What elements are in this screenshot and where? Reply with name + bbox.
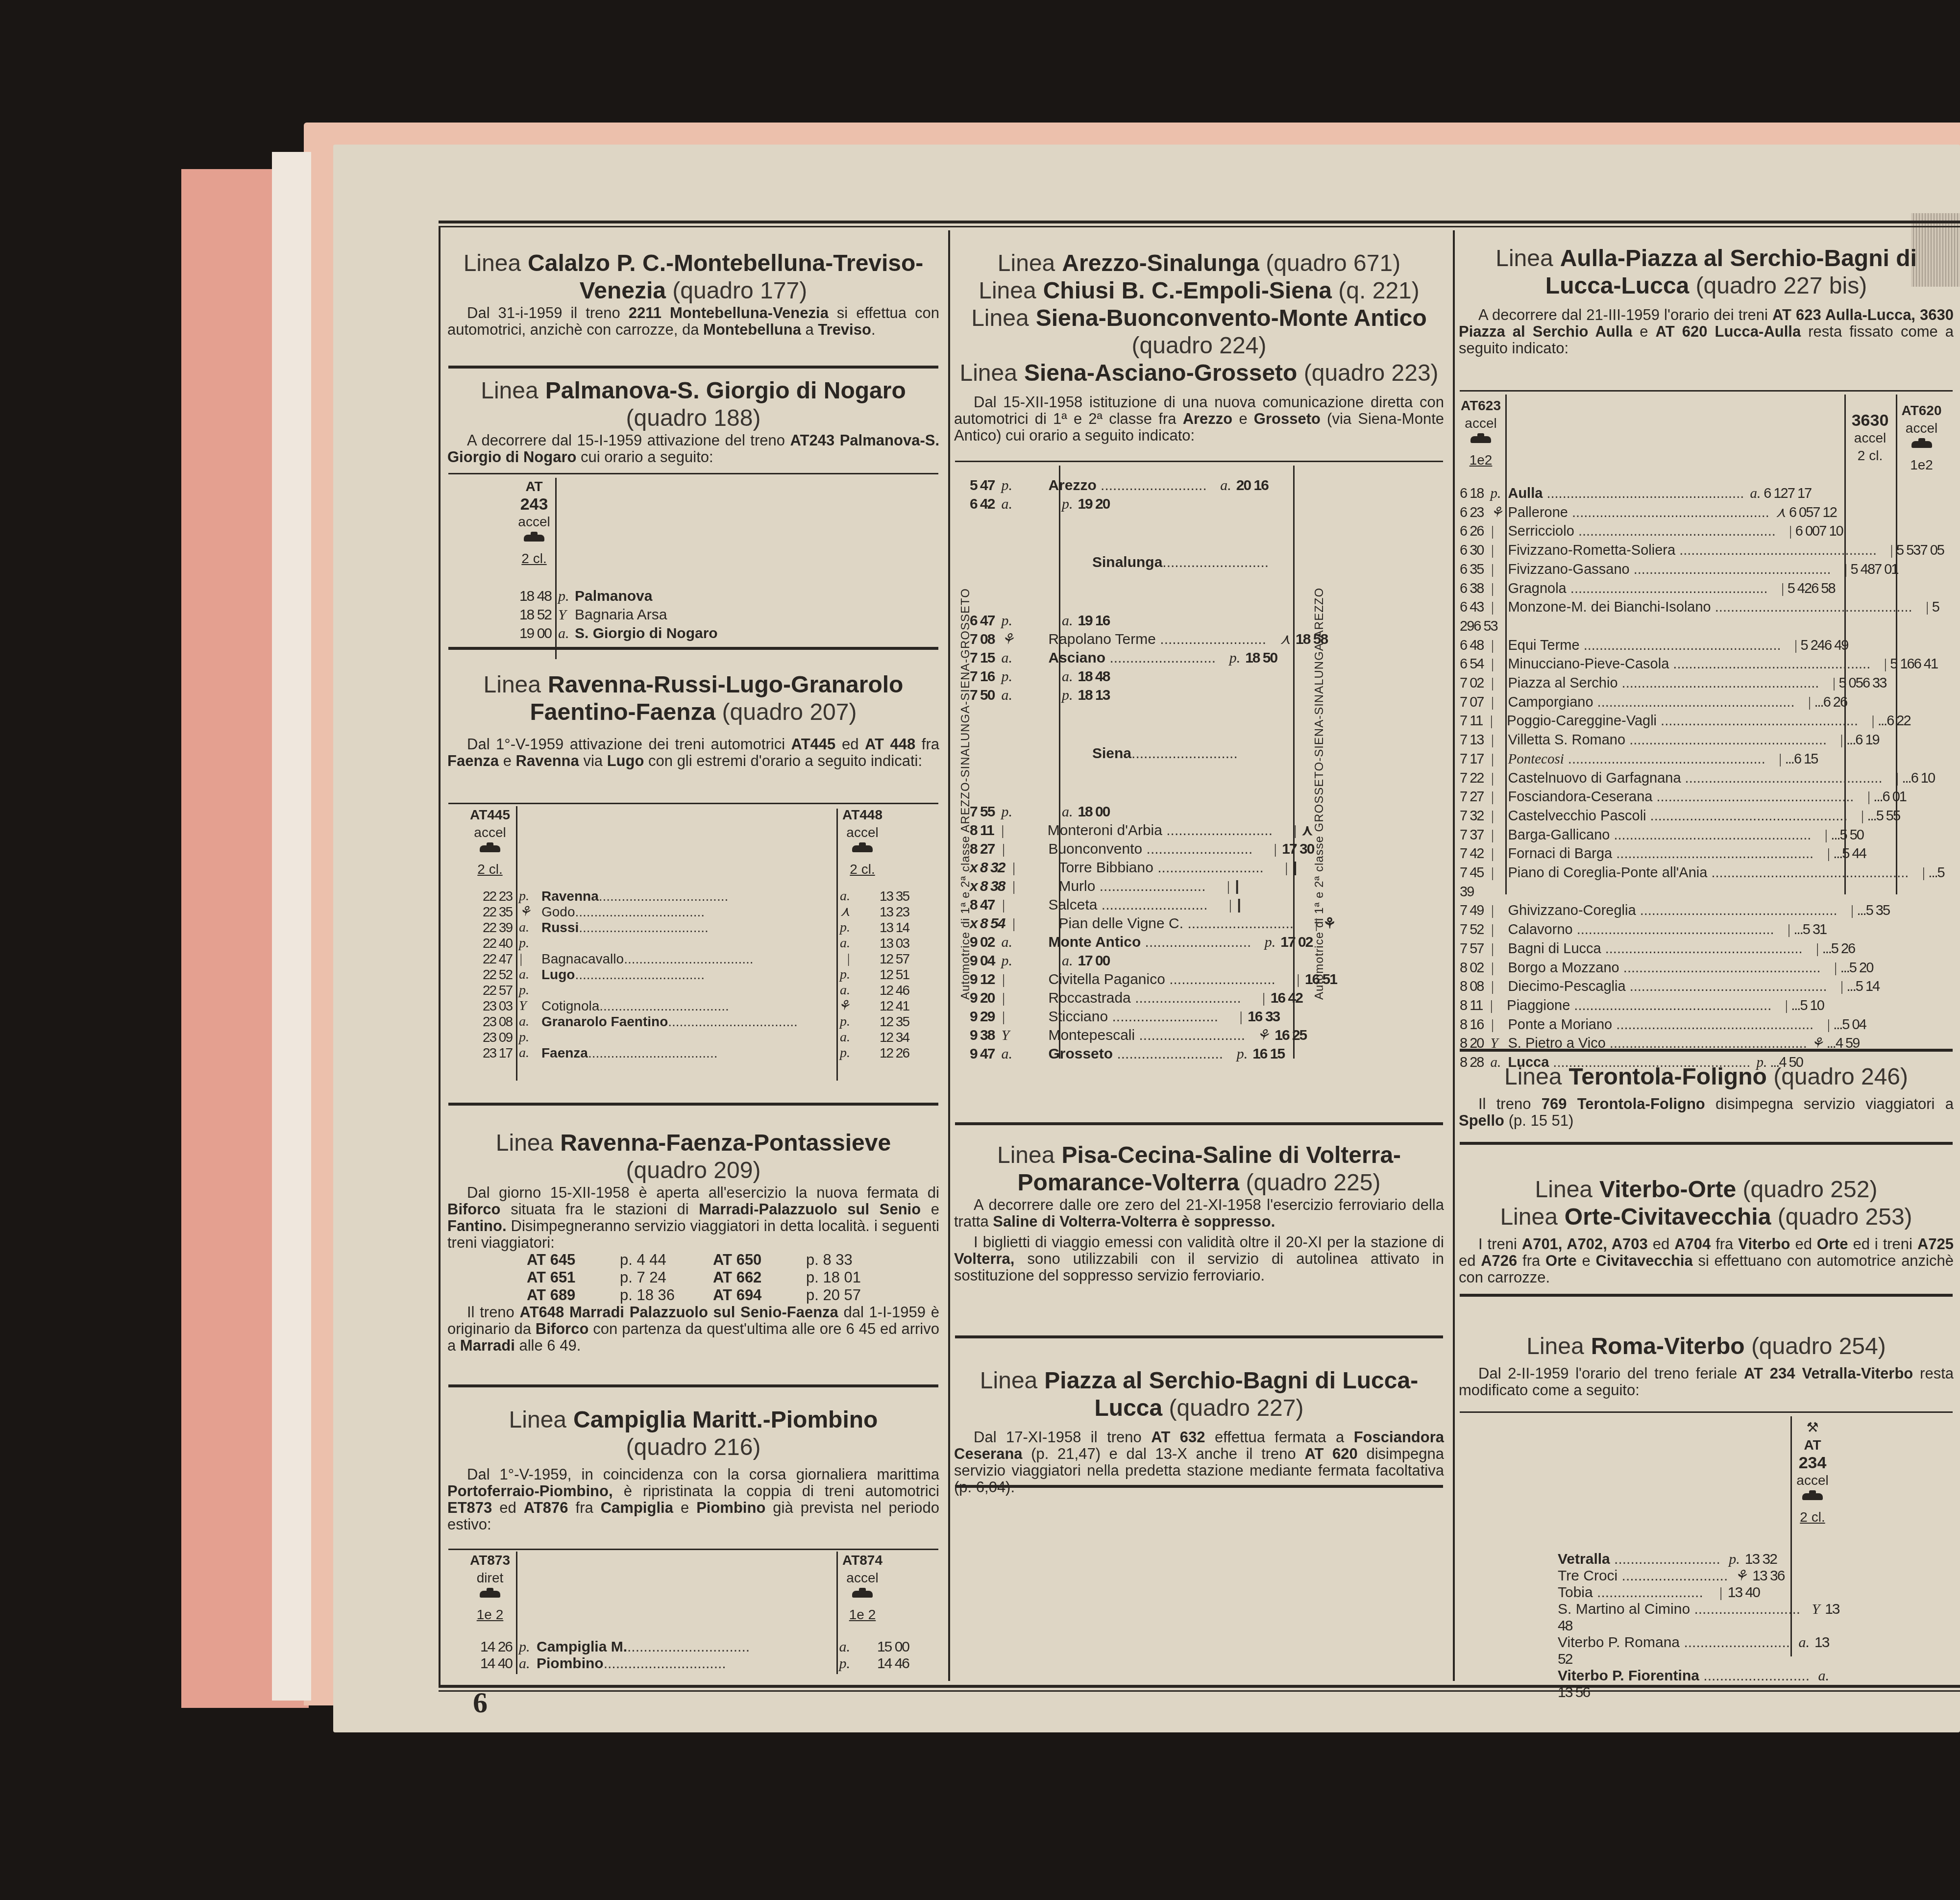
- table-row: 7 02|Piazza al Serchio .................…: [1460, 674, 1950, 693]
- section-title: LineaRoma-Viterbo (quadro 254): [1455, 1333, 1958, 1360]
- rows: 6 18p.Aulla ............................…: [1460, 484, 1950, 1072]
- line-name: Chiusi B. C.-Empoli-Siena: [1043, 278, 1332, 304]
- table-row: Viterbo P. Fiorentina ..................…: [1558, 1668, 1842, 1701]
- table-row: Tre Croci ..........................⚘13 …: [1558, 1568, 1842, 1584]
- table-row: 6 42a.p.19 20: [970, 495, 1421, 514]
- section-titles: LineaArezzo-Sinalunga (quadro 671)LineaC…: [950, 250, 1448, 387]
- line-name: Campiglia Maritt.-Piombino: [573, 1407, 878, 1433]
- table-row: 22 57p.a.12 46: [468, 983, 909, 998]
- quadro: (quadro 225): [1246, 1170, 1381, 1196]
- table-row: 9 20|Roccastrada .......................…: [970, 989, 1421, 1008]
- train-header-mid: 3630 accel 2 cl.: [1847, 412, 1893, 465]
- table-row: 22 35⚘Godo .............................…: [468, 904, 909, 920]
- table-row: 7 22|Castelnuovo di Garfagnana .........…: [1460, 769, 1950, 788]
- table-row: 8 27|Buonconvento ......................…: [970, 840, 1421, 859]
- table-row: 8 16|Ponte a Moriano ...................…: [1460, 1015, 1950, 1035]
- table-row: 6 43|Monzone-M. dei Bianchi-Isolano ....…: [1460, 598, 1950, 636]
- railcar-icon: [524, 535, 544, 542]
- rows: Vetralla ..........................p.13 …: [1558, 1551, 1842, 1701]
- table-row: 9 38YMontepescali ......................…: [970, 1026, 1421, 1045]
- table-row: 7 32|Castelvecchio Pascoli .............…: [1460, 807, 1950, 826]
- section-divider: [955, 1335, 1443, 1338]
- line-name: Siena-Asciano-Grosseto: [1024, 360, 1297, 386]
- table-row: 8 11|Piaggione .........................…: [1460, 996, 1950, 1015]
- table-row: 6 47p.a.19 16: [970, 612, 1421, 630]
- table-row: 9 47a.Grosseto .........................…: [970, 1045, 1421, 1063]
- line-name: Orte-Civitavecchia: [1565, 1204, 1771, 1230]
- train-header-left: AT445 accel 2 cl.: [468, 806, 512, 878]
- table-row: 6 35|Fivizzano-Gassano .................…: [1460, 560, 1950, 579]
- table-row: 6 26|Serricciolo .......................…: [1460, 522, 1950, 541]
- section-divider: [1460, 1142, 1953, 1145]
- quadro: (quadro 209): [626, 1158, 761, 1184]
- table-row: 23 03YCotignola ........................…: [468, 998, 909, 1014]
- quadro: (quadro 207): [722, 699, 857, 725]
- section-palmanova: LineaPalmanova-S. Giorgio di Nogaro(quad…: [443, 377, 943, 466]
- column-middle: LineaArezzo-Sinalunga (quadro 671)LineaC…: [948, 230, 1448, 1681]
- table-row: 7 11|Poggio-Careggine-Vagli ............…: [1460, 712, 1950, 731]
- table-row: 22 23p.Ravenna .........................…: [468, 888, 909, 904]
- table-divider: [555, 478, 557, 659]
- column-left: LineaCalalzo P. C.-Montebelluna-Treviso-…: [443, 230, 943, 1681]
- section-text-2: I biglietti di viaggio emessi con validi…: [950, 1234, 1448, 1284]
- section-text: Dal 1°-V-1959, in coincidenza con la cor…: [443, 1466, 943, 1533]
- table-row: 8 47|Salceta ..........................|…: [970, 896, 1421, 914]
- table-row: 23 17a.Faenza ..........................…: [468, 1045, 909, 1061]
- section-divider: [955, 1485, 1443, 1488]
- rows: 5 47p.Arezzo ..........................a…: [970, 476, 1421, 1063]
- table-row: 7 37|Barga-Gallicano ...................…: [1460, 826, 1950, 845]
- quadro: (quadro 227 bis): [1696, 273, 1867, 299]
- table-top-rule: [448, 803, 938, 804]
- table-row: 6 54|Minucciano-Pieve-Casola ...........…: [1460, 655, 1950, 674]
- table-row: 7 49|Ghivizzano-Coreglia ...............…: [1460, 901, 1950, 920]
- section-roma-viterbo: LineaRoma-Viterbo (quadro 254) Dal 2-II-…: [1455, 1333, 1958, 1399]
- line-name: Siena-Buonconvento-Monte Antico: [1036, 305, 1427, 331]
- section-divider: [955, 1122, 1443, 1125]
- rows: 14 26p.Campiglia M. ....................…: [468, 1639, 909, 1672]
- section-viterbo-orte: LineaViterbo-Orte (quadro 252)LineaOrte-…: [1455, 1176, 1958, 1286]
- train-header-left: AT623 accel 1e2: [1459, 397, 1503, 469]
- section-titles: LineaViterbo-Orte (quadro 252)LineaOrte-…: [1455, 1176, 1958, 1231]
- section-text-2: Il treno AT648 Marradi Palazzuolo sul Se…: [443, 1304, 943, 1354]
- section-calalzo: LineaCalalzo P. C.-Montebelluna-Treviso-…: [443, 250, 943, 338]
- table-row: 23 09p.a.12 34: [468, 1030, 909, 1045]
- line-name: Terontola-Foligno: [1568, 1064, 1766, 1090]
- section-terontola: LineaTerontola-Foligno (quadro 246) Il t…: [1455, 1063, 1958, 1129]
- table-row: 6 30|Fivizzano-Rometta-Soliera .........…: [1460, 541, 1950, 560]
- section-divider: [448, 647, 938, 650]
- section-text: Il treno 769 Terontola-Foligno disimpegn…: [1455, 1096, 1958, 1129]
- table-top-rule: [955, 461, 1443, 462]
- railcar-icon: [852, 845, 873, 852]
- railcar-icon: [1802, 1493, 1823, 1500]
- quadro: (quadro 246): [1773, 1064, 1908, 1090]
- section-divider: [448, 1384, 938, 1387]
- table-top-rule: [1460, 390, 1953, 392]
- section-ravenna-pontassieve: LineaRavenna-Faenza-Pontassieve(quadro 2…: [443, 1130, 943, 1354]
- table-row: 9 02a.Monte Antico .....................…: [970, 933, 1421, 952]
- section-pisa-volterra: LineaPisa-Cecina-Saline di Volterra-Poma…: [950, 1142, 1448, 1284]
- timetable-frame: LineaCalalzo P. C.-Montebelluna-Treviso-…: [439, 221, 1960, 1701]
- section-title: LineaPisa-Cecina-Saline di Volterra-Poma…: [950, 1142, 1448, 1197]
- table-row: x 8 38|Murlo ..........................|…: [970, 877, 1421, 896]
- frame-top-rule: [439, 221, 1960, 227]
- train-header: ⚒ AT 234 accel 2 cl.: [1793, 1419, 1832, 1526]
- railcar-icon: [480, 1591, 500, 1598]
- railcar-icon: [1470, 436, 1491, 443]
- line-name: Arezzo-Sinalunga: [1062, 250, 1259, 276]
- table-row: 22 39a.Russi ...........................…: [468, 920, 909, 936]
- train-header: AT 243 accel 2 cl.: [517, 478, 551, 568]
- table-row: 7 15a.Asciano ..........................…: [970, 649, 1421, 667]
- table-row: 9 04p.a.17 00: [970, 952, 1421, 970]
- table-row: 14 26p.Campiglia M. ....................…: [468, 1639, 909, 1655]
- table-row: 7 55p.a.18 00: [970, 803, 1421, 821]
- table-row: 7 07|Camporgiano .......................…: [1460, 693, 1950, 712]
- table-row: 7 16p.a.18 48: [970, 667, 1421, 686]
- railcar-icon: [1911, 441, 1932, 448]
- table-top-rule: [448, 1549, 938, 1550]
- quadro: (quadro 254): [1751, 1333, 1886, 1359]
- table-row: 5 47p.Arezzo ..........................a…: [970, 476, 1421, 495]
- frame-left-rule: [439, 227, 441, 1686]
- table-row: 7 17|Pontecosi .........................…: [1460, 750, 1950, 769]
- section-text: Dal 2-II-1959 l'orario del treno feriale…: [1455, 1365, 1958, 1399]
- section-title: LineaRavenna-Russi-Lugo-Granarolo Faenti…: [443, 671, 943, 726]
- table-row: Siena ..........................: [970, 705, 1421, 803]
- table-row: Sinalunga ..........................: [970, 514, 1421, 612]
- table-row: 6 18p.Aulla ............................…: [1460, 484, 1950, 503]
- hammer-pick-icon: ⚒: [1793, 1419, 1832, 1436]
- table-row: x 8 32|Torre Bibbiano ..................…: [970, 859, 1421, 877]
- section-divider: [448, 366, 938, 369]
- rows: 22 23p.Ravenna .........................…: [468, 888, 909, 1061]
- table-row: 6 23⚘Pallerone .........................…: [1460, 503, 1950, 522]
- table-row: 14 40a.Piombino ........................…: [468, 1655, 909, 1672]
- section-title: LineaCalalzo P. C.-Montebelluna-Treviso-…: [443, 250, 943, 305]
- table-row: Viterbo P. Romana ......................…: [1558, 1634, 1842, 1668]
- section-title: LineaPalmanova-S. Giorgio di Nogaro(quad…: [443, 377, 943, 432]
- table-row: 23 08a.Granarolo Faentino ..............…: [468, 1014, 909, 1030]
- table-row: 8 02|Borgo a Mozzano ...................…: [1460, 959, 1950, 978]
- section-title: LineaAulla-Piazza al Serchio-Bagni di Lu…: [1455, 245, 1958, 300]
- table-row: 7 27|Fosciandora-Ceserana ..............…: [1460, 788, 1950, 807]
- table-row: 7 50a.p.18 13: [970, 686, 1421, 705]
- railcar-icon: [480, 845, 500, 852]
- table-row: 8 08|Diecimo-Pescaglia .................…: [1460, 977, 1950, 996]
- section-text: I treni A701, A702, A703 ed A704 fra Vit…: [1455, 1236, 1958, 1286]
- table-row: 9 29|Sticciano .........................…: [970, 1008, 1421, 1026]
- section-text: Dal giorno 15-XII-1958 è aperta all'eser…: [443, 1184, 943, 1251]
- table-row: 7 45|Piano di Coreglia-Ponte all'Ania ..…: [1460, 864, 1950, 901]
- section-text: A decorrere dal 15-I-1959 attivazione de…: [443, 432, 943, 466]
- train-list: AT 645p. 4 44AT 650p. 8 33AT 651p. 7 24A…: [443, 1251, 943, 1304]
- train-header-right: AT620 accel 1e2: [1898, 402, 1945, 474]
- table-row: 7 57|Bagni di Lucca ....................…: [1460, 939, 1950, 959]
- quadro: (quadro 188): [626, 405, 761, 431]
- section-ravenna-faenza: LineaRavenna-Russi-Lugo-Granarolo Faenti…: [443, 671, 943, 769]
- quadro: (quadro 227): [1169, 1395, 1304, 1421]
- section-piazza-lucca: LineaPiazza al Serchio-Bagni di Lucca-Lu…: [950, 1367, 1448, 1496]
- table-row: 6 38|Gragnola ..........................…: [1460, 579, 1950, 598]
- section-text: A decorrere dalle ore zero del 21-XI-195…: [950, 1197, 1448, 1230]
- line-name: Palmanova-S. Giorgio di Nogaro: [545, 378, 906, 404]
- train-header-right: AT874 accel 1e 2: [840, 1552, 884, 1624]
- table-row: 7 13|Villetta S. Romano ................…: [1460, 731, 1950, 750]
- timetable-palmanova: AT 243 accel 2 cl. 18 48p.Palmanova 18 5…: [517, 478, 860, 643]
- section-text: Dal 1°-V-1959 attivazione dei treni auto…: [443, 736, 943, 769]
- railcar-icon: [852, 1591, 873, 1598]
- section-title: LineaPiazza al Serchio-Bagni di Lucca-Lu…: [950, 1367, 1448, 1422]
- section-aulla-lucca: LineaAulla-Piazza al Serchio-Bagni di Lu…: [1455, 245, 1958, 357]
- section-arezzo-grosseto: LineaArezzo-Sinalunga (quadro 671)LineaC…: [950, 250, 1448, 444]
- table-row: S. Martino al Cimino ...................…: [1558, 1601, 1842, 1634]
- table-row: Vetralla ..........................p.13 …: [1558, 1551, 1842, 1568]
- table-row: 18 52YBagnaria Arsa: [517, 606, 860, 624]
- table-row: 18 48p.Palmanova: [517, 587, 860, 606]
- section-title: LineaRavenna-Faenza-Pontassieve(quadro 2…: [443, 1130, 943, 1184]
- section-title: LineaCampiglia Maritt.-Piombino(quadro 2…: [443, 1406, 943, 1461]
- table-row: 7 42|Fornaci di Barga ..................…: [1460, 844, 1950, 864]
- table-top-rule: [1460, 1411, 1953, 1413]
- line-name: Roma-Viterbo: [1591, 1333, 1745, 1359]
- section-divider: [1460, 1049, 1953, 1052]
- section-text: Dal 15-XII-1958 istituzione di una nuova…: [950, 394, 1448, 444]
- section-divider: [448, 1103, 938, 1106]
- table-row: 22 52a.Lugo ............................…: [468, 967, 909, 983]
- train-header-left: AT873 diret 1e 2: [468, 1552, 512, 1624]
- section-text: A decorrere dal 21-III-1959 l'orario dei…: [1455, 307, 1958, 357]
- line-name: Ravenna-Faenza-Pontassieve: [560, 1130, 891, 1156]
- table-row: 9 12|Civitella Paganico ................…: [970, 970, 1421, 989]
- table-row: 22 40p.a.13 03: [468, 936, 909, 951]
- train-header-right: AT448 accel 2 cl.: [840, 806, 884, 878]
- column-right: LineaAulla-Piazza al Serchio-Bagni di Lu…: [1453, 230, 1958, 1681]
- section-text: Dal 31-i-1959 il treno 2211 Montebelluna…: [443, 305, 943, 338]
- table-row: 19 00a.S. Giorgio di Nogaro: [517, 624, 860, 643]
- rows: 18 48p.Palmanova 18 52YBagnaria Arsa 19 …: [517, 587, 860, 643]
- page-number: 6: [473, 1686, 488, 1720]
- table-row: x 8 54|Pian delle Vigne C. .............…: [970, 914, 1421, 933]
- section-campiglia: LineaCampiglia Maritt.-Piombino(quadro 2…: [443, 1406, 943, 1533]
- book-page-edge: [272, 152, 311, 1701]
- table-row: Tobia ..........................|13 40: [1558, 1584, 1842, 1601]
- quadro: (quadro 216): [626, 1434, 761, 1460]
- table-row: 7 08⚘Rapolano Terme ....................…: [970, 630, 1421, 649]
- table-top-rule: [448, 473, 938, 474]
- table-row: 7 52|Calavorno .........................…: [1460, 920, 1950, 939]
- table-row: 6 48|Equi Terme ........................…: [1460, 636, 1950, 655]
- table-row: 8 11|Monteroni d'Arbia .................…: [970, 821, 1421, 840]
- section-title: LineaTerontola-Foligno (quadro 246): [1455, 1063, 1958, 1091]
- section-divider: [1460, 1294, 1953, 1297]
- line-name: Viterbo-Orte: [1599, 1177, 1736, 1203]
- table-row: 22 47|Bagnacavallo .....................…: [468, 951, 909, 967]
- quadro: (quadro 177): [672, 278, 807, 304]
